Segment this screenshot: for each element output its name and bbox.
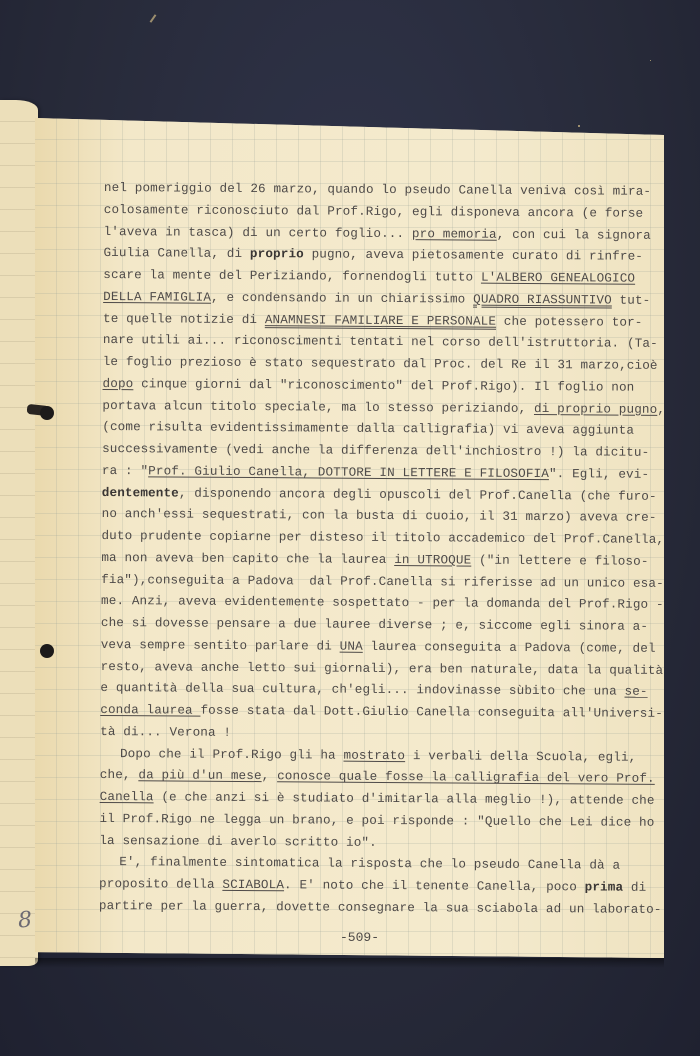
- text-line: veva sempre sentito parlare di UNA laure…: [101, 635, 661, 661]
- dust-speck: [150, 14, 157, 23]
- underlined-text: se-: [624, 685, 647, 699]
- text-run: ra : ": [102, 464, 148, 478]
- text-line: il Prof.Rigo ne legga un brano, e poi ri…: [99, 809, 659, 835]
- text-line: ra : "Prof. Giulio Canella, DOTTORE IN L…: [102, 461, 662, 487]
- margin-pencil-note: 8: [17, 908, 33, 934]
- text-run: la sensazione di averlo scritto io".: [99, 833, 377, 849]
- underlined-text: QUADRO RIASSUNTIVO: [473, 292, 612, 307]
- text-run: , e condensando in un chiarissimo: [211, 291, 473, 307]
- text-run: ("in lettere e filoso-: [471, 553, 648, 568]
- dust-speck: [578, 125, 580, 127]
- text-run: nel pomeriggio del 26 marzo, quando lo p…: [104, 181, 651, 199]
- underlined-text: mostrato: [343, 748, 405, 762]
- text-run: no anch'essi sequestrati, con la busta d…: [102, 507, 657, 525]
- emphasized-text: dentemente: [102, 485, 179, 500]
- underlined-text: Prof. Giulio Canella, DOTTORE IN LETTERE…: [148, 464, 549, 481]
- text-run: partire per la guerra, dovette consegnar…: [99, 899, 662, 917]
- text-run: , disponendo ancora degli opuscoli del P…: [179, 486, 657, 503]
- document-body: nel pomeriggio del 26 marzo, quando lo p…: [99, 178, 664, 921]
- underlined-text: Canella: [100, 790, 154, 804]
- text-run: l'aveva in tasca) di un certo foglio...: [104, 224, 412, 240]
- text-run: scare la mente del Periziando, fornendog…: [103, 268, 481, 285]
- underlined-text: da più d'un mese: [138, 769, 261, 784]
- text-run: Dopo che il Prof.Rigo gli ha: [120, 747, 344, 763]
- text-run: ma non aveva ben capito che la laurea: [101, 551, 394, 567]
- text-run: E', finalmente sintomatica la risposta c…: [119, 855, 620, 872]
- text-run: portava alcun titolo speciale, ma lo ste…: [102, 398, 534, 415]
- text-run: che si dovesse pensare a due lauree dive…: [101, 616, 648, 634]
- page-shadow: [35, 958, 664, 968]
- text-run: cinque giorni dal "riconoscimento" del P…: [133, 377, 634, 394]
- text-run: . E' noto che il tenente Canella, poco: [284, 878, 585, 894]
- text-run: (e che anzi si è studiato d'imitarla all…: [154, 790, 655, 807]
- text-run: (come risulta evidentissimamente dalla c…: [102, 420, 634, 438]
- text-run: e quantità della sua cultura, ch'egli...…: [100, 681, 624, 699]
- page-number: -509-: [340, 930, 379, 945]
- text-run: successivamente (vedi anche la differenz…: [102, 442, 649, 460]
- emphasized-text: proprio: [250, 247, 304, 261]
- text-run: resto, aveva anche letto sui giornali), …: [101, 659, 664, 677]
- text-line: colosamente riconosciuto dal Prof.Rigo, …: [104, 200, 664, 226]
- underlined-text: L'ALBERO GENEALOGICO: [481, 271, 635, 286]
- underlined-text: conosce quale fosse la calligrafia del v…: [277, 769, 655, 786]
- text-run: fia"),conseguita a Padova dal Prof.Canel…: [101, 572, 664, 590]
- text-run: ". Egli, evi-: [549, 467, 649, 482]
- text-run: pugno, aveva pietosamente curato di rinf…: [304, 248, 643, 264]
- text-line: tà di... Verona !: [100, 722, 660, 748]
- underlined-text: in UTROQUE: [394, 553, 471, 568]
- text-run: duto prudente copiarne per disteso il ti…: [101, 529, 664, 547]
- text-line: DELLA FAMIGLIA, e condensando in un chia…: [103, 287, 663, 313]
- text-run: proposito della: [99, 877, 222, 892]
- punch-hole-upper: [40, 406, 54, 420]
- text-run: , con cui la signora: [497, 227, 651, 242]
- text-run: tà di... Verona !: [100, 725, 231, 740]
- text-run: le foglio prezioso è stato sequestrato d…: [103, 355, 658, 373]
- text-run: laurea conseguita a Padova (come, del: [363, 640, 656, 656]
- underlined-text: pro memoria: [412, 227, 497, 242]
- dust-speck: [650, 60, 651, 61]
- text-run: nare utili ai... riconoscimenti tentati …: [103, 333, 658, 351]
- punch-hole-lower: [40, 644, 54, 658]
- underlined-text: conda laurea: [100, 703, 200, 718]
- text-run: di: [623, 881, 646, 895]
- underlined-text: ANAMNESI FAMILIARE E PERSONALE: [265, 313, 496, 329]
- underlined-text: DELLA FAMIGLIA: [103, 290, 211, 305]
- underlined-text: SCIABOLA: [222, 878, 284, 892]
- text-line: dopo cinque giorni dal "riconoscimento" …: [102, 374, 662, 400]
- underlined-text: di proprio pugno: [534, 402, 657, 417]
- text-run: tut-: [612, 293, 651, 307]
- text-run: ,: [657, 402, 665, 416]
- text-run: ,: [262, 769, 278, 783]
- text-run: il Prof.Rigo ne legga un brano, e poi ri…: [99, 812, 654, 830]
- underlined-text: UNA: [340, 639, 363, 653]
- text-run: Giulia Canella, di: [103, 246, 250, 261]
- text-run: me. Anzi, aveva evidentemente sospettato…: [101, 594, 664, 612]
- text-run: colosamente riconosciuto dal Prof.Rigo, …: [104, 203, 644, 221]
- text-line: partire per la guerra, dovette consegnar…: [99, 896, 659, 922]
- emphasized-text: prima: [585, 880, 624, 894]
- text-run: i verbali della Scuola, egli,: [405, 749, 636, 765]
- text-run: te quelle notizie di: [103, 311, 265, 326]
- text-run: che,: [100, 768, 139, 782]
- text-run: che potessero tor-: [496, 314, 643, 329]
- text-run: fosse stata dal Dott.Giulio Canella cons…: [200, 704, 663, 721]
- previous-page-edge: [0, 100, 38, 966]
- text-run: veva sempre sentito parlare di: [101, 638, 340, 654]
- underlined-text: dopo: [103, 377, 134, 391]
- text-line: ma non aveva ben capito che la laurea in…: [101, 548, 661, 574]
